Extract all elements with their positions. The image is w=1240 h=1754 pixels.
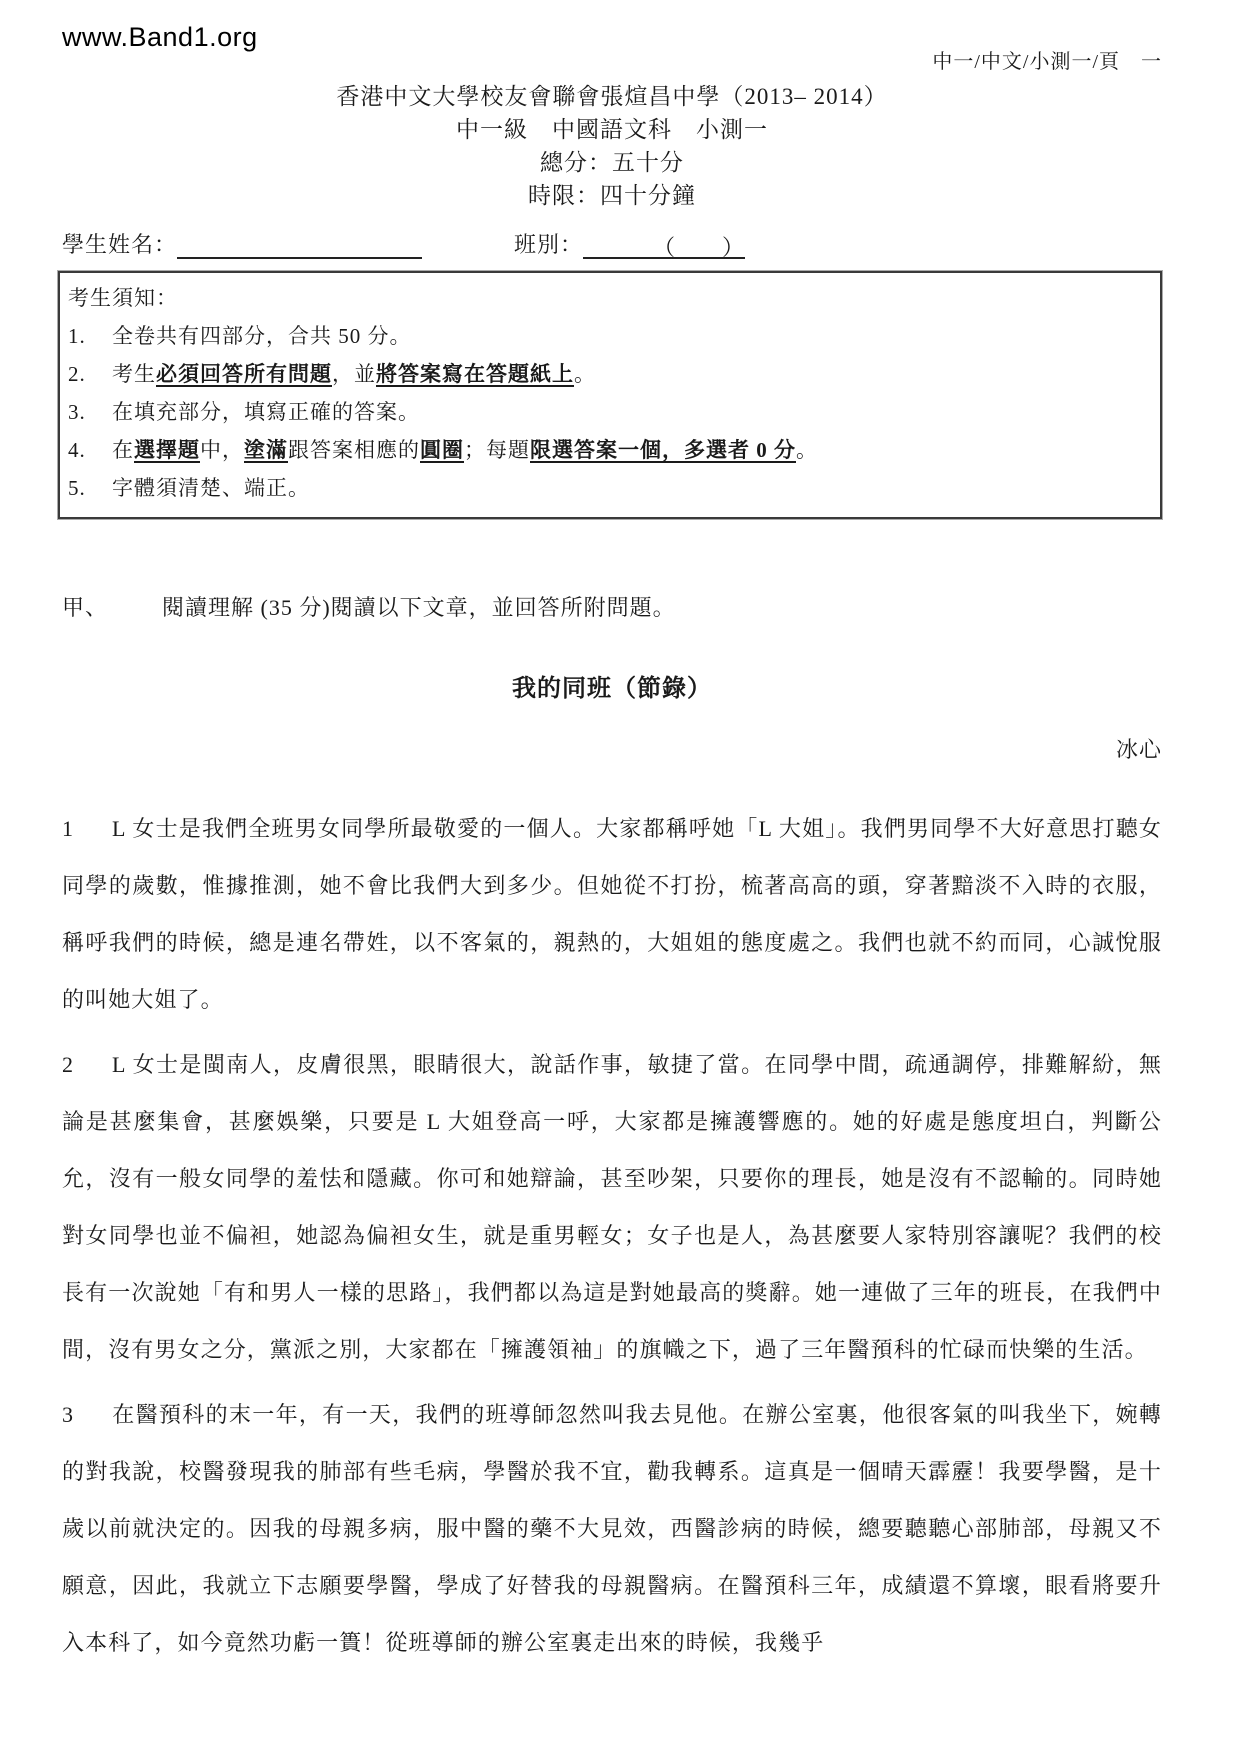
article-title: 我的同班（節錄）: [62, 668, 1162, 703]
exam-paper-page: www.Band1.org 中一/中文/小測一/頁 一 香港中文大學校友會聯會張…: [0, 0, 1240, 1671]
student-name-blank: [177, 231, 422, 259]
note-text: 在填充部分，填寫正確的答案。: [112, 393, 420, 431]
paragraph-number: 3: [62, 1386, 112, 1443]
paragraph-text: L 女士是我們全班男女同學所最敬愛的一個人。大家都稱呼她「L 大姐」。我們男同學…: [62, 816, 1162, 1012]
paragraph-1: 1L 女士是我們全班男女同學所最敬愛的一個人。大家都稱呼她「L 大姐」。我們男同…: [62, 800, 1162, 1028]
class-blank: （ ）: [583, 231, 745, 259]
note-number: 4.: [68, 431, 112, 469]
note-text: 考生必須回答所有問題，並將答案寫在答題紙上。: [112, 355, 596, 393]
exam-title: 中一級 中國語文科 小測一: [62, 113, 1162, 146]
section-a-text: 閱讀理解 (35 分)閱讀以下文章，並回答所附問題。: [162, 591, 676, 622]
note-number: 1.: [68, 317, 112, 355]
notes-title: 考生須知：: [68, 279, 1150, 317]
note-text: 全卷共有四部分，合共 50 分。: [112, 317, 412, 355]
note-number: 2.: [68, 355, 112, 393]
note-number: 3.: [68, 393, 112, 431]
school-name: 香港中文大學校友會聯會張煊昌中學（2013– 2014）: [62, 80, 1162, 113]
note-text: 在選擇題中，塗滿跟答案相應的圓圈；每題限選答案一個，多選者 0 分。: [112, 431, 818, 469]
article-body: 1L 女士是我們全班男女同學所最敬愛的一個人。大家都稱呼她「L 大姐」。我們男同…: [62, 800, 1162, 1671]
note-item-3: 3. 在填充部分，填寫正確的答案。: [68, 393, 1150, 431]
note-item-4: 4. 在選擇題中，塗滿跟答案相應的圓圈；每題限選答案一個，多選者 0 分。: [68, 431, 1150, 469]
paragraph-text: 在醫預科的末一年，有一天，我們的班導師忽然叫我去見他。在辦公室裏，他很客氣的叫我…: [62, 1402, 1162, 1655]
note-text: 字體須清楚、端正。: [112, 469, 310, 507]
student-info-row: 學生姓名： 班別： （ ）: [62, 228, 1162, 259]
article-author: 冰心: [62, 733, 1162, 764]
time-limit: 時限：四十分鐘: [62, 179, 1162, 212]
section-a-heading: 甲、 閱讀理解 (35 分)閱讀以下文章，並回答所附問題。: [62, 591, 1162, 622]
paragraph-number: 2: [62, 1036, 112, 1093]
total-score: 總分：五十分: [62, 146, 1162, 179]
note-number: 5.: [68, 469, 112, 507]
paragraph-text: L 女士是閩南人，皮膚很黑，眼睛很大，說話作事，敏捷了當。在同學中間，疏通調停，…: [62, 1052, 1162, 1362]
paragraph-2: 2L 女士是閩南人，皮膚很黑，眼睛很大，說話作事，敏捷了當。在同學中間，疏通調停…: [62, 1036, 1162, 1378]
note-item-5: 5. 字體須清楚、端正。: [68, 469, 1150, 507]
student-name-label: 學生姓名：: [62, 228, 177, 259]
paragraph-3: 3在醫預科的末一年，有一天，我們的班導師忽然叫我去見他。在辦公室裏，他很客氣的叫…: [62, 1386, 1162, 1671]
note-item-1: 1. 全卷共有四部分，合共 50 分。: [68, 317, 1150, 355]
paragraph-number: 1: [62, 800, 112, 857]
candidate-notes-box: 考生須知： 1. 全卷共有四部分，合共 50 分。 2. 考生必須回答所有問題，…: [58, 271, 1162, 519]
note-item-2: 2. 考生必須回答所有問題，並將答案寫在答題紙上。: [68, 355, 1150, 393]
class-label: 班別：: [514, 228, 583, 259]
section-a-label: 甲、: [62, 591, 162, 622]
